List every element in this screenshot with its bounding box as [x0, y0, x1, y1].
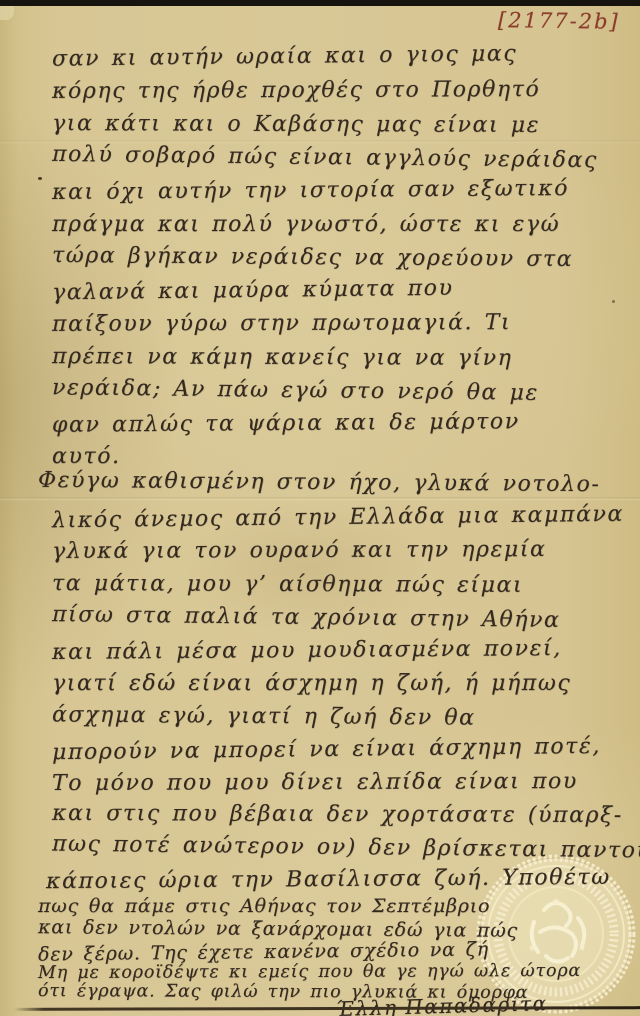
handwriting-line-26: κάποιες ώρια την Βασίλισσα ζωή. Υποθέτω: [46, 865, 611, 894]
handwriting-line-2: κόρης της ήρθε προχθές στο Πορθητό: [52, 77, 540, 104]
handwriting-line-15: λικός άνεμος από την Ελλάδα μια καμπάνα: [52, 502, 624, 534]
handwriting-line-10: πρέπει να κάμη κανείς για να γίνη: [52, 344, 513, 371]
handwriting-line-16: γλυκά για τον ουρανό και την ηρεμία: [52, 537, 547, 564]
handwriting-line-8: γαλανά και μαύρα κύματα που: [52, 276, 454, 306]
handwriting-line-9: παίξουν γύρω στην πρωτομαγιά. Τι: [52, 310, 511, 337]
handwriting-line-14: Φεύγω καθισμένη στον ήχο, γλυκά νοτολο-: [38, 468, 601, 497]
archival-number: [2177-2b]: [498, 8, 630, 34]
handwriting-line-6: πράγμα και πολύ γνωστό, ώστε κι εγώ: [52, 212, 560, 237]
handwriting-line-27: πως θα πάμε στις Αθήνας τον Σεπτέμβριο: [38, 895, 490, 917]
handwriting-line-11: νεράιδα; Αν πάω εγώ στο νερό θα με: [52, 375, 539, 406]
handwriting-line-21: άσχημα εγώ, γιατί η ζωή δεν θα: [52, 702, 476, 730]
handwriting-line-20: γιατί εδώ είναι άσχημη η ζωή, ή μήπως: [52, 671, 571, 696]
ink-speck: [38, 177, 42, 180]
handwriting-line-23: Το μόνο που μου δίνει ελπίδα είναι που: [52, 769, 578, 796]
handwriting-line-18: πίσω στα παλιά τα χρόνια στην Αθήνα: [52, 602, 561, 633]
scan-corner-notch: [0, 6, 14, 20]
handwriting-line-24: και στις που βέβαια δεν χορτάσατε (ύπαρξ…: [52, 801, 623, 828]
handwriting-line-25: πως ποτέ ανώτερον ον) δεν βρίσκεται παντ…: [52, 832, 640, 864]
scan-top-edge: [0, 0, 640, 6]
handwriting-line-19: και πάλι μέσα μου μουδιασμένα πονεί,: [52, 636, 562, 665]
ink-speck: [612, 300, 615, 303]
handwriting-line-17: τα μάτια, μου γ’ αίσθημα πώς είμαι: [52, 571, 523, 598]
handwriting-line-1: σαν κι αυτήν ωραία και ο γιος μας: [52, 41, 517, 71]
handwriting-line-12: φαν απλώς τα ψάρια και δε μάρτον: [52, 409, 520, 438]
handwriting-line-13: αυτό.: [52, 444, 121, 469]
handwriting-line-3: για κάτι και ο Καβάσης μας είναι με: [52, 111, 540, 138]
paper-crease-middle: [0, 497, 640, 501]
handwriting-line-5: και όχι αυτήν την ιστορία σαν εξωτικό: [52, 176, 569, 205]
handwriting-line-4: πολύ σοβαρό πώς είναι αγγλούς νεράιδας: [52, 142, 598, 173]
handwriting-line-30: Μη με κοροϊδέψτε κι εμείς που θα γε ηγώ …: [38, 961, 581, 983]
handwriting-line-22: μπορούν να μπορεί να είναι άσχημη ποτέ,: [52, 734, 601, 765]
handwriting-line-7: τώρα βγήκαν νεράιδες να χορεύουν στα: [52, 243, 573, 272]
manuscript-page: [2177-2b] σαν κι αυτήν ωραία και ο γιος …: [0, 0, 640, 1016]
